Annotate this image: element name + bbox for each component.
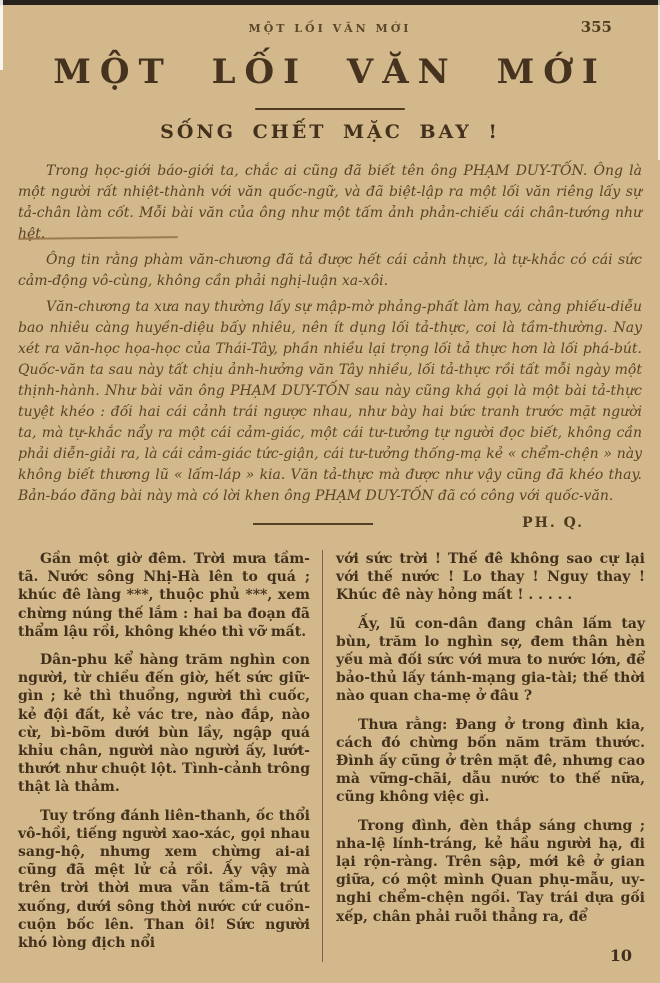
intro-paragraph-3: Văn-chương ta xưa nay thường lấy sự mập-…	[18, 297, 642, 507]
editor-introduction: Trong học-giới báo-giới ta, chắc ai cũng…	[18, 161, 642, 534]
story-paragraph: Gần một giờ đêm. Trời mưa tầm-tã. Nước s…	[18, 550, 310, 641]
scanned-page: MỘT LỐI VĂN MỚI 355 MỘT LỐI VĂN MỚI SỐNG…	[0, 0, 660, 983]
scan-top-edge-artifact	[0, 0, 660, 5]
story-paragraph: Dân-phu kể hàng trăm nghìn con người, từ…	[18, 651, 310, 797]
left-column: Gần một giờ đêm. Trời mưa tầm-tã. Nước s…	[18, 550, 322, 962]
running-head: MỘT LỐI VĂN MỚI	[0, 22, 660, 35]
top-page-number: 355	[581, 18, 612, 36]
story-columns: Gần một giờ đêm. Trời mưa tầm-tã. Nước s…	[18, 550, 645, 962]
intro-paragraph-2: Ông tin rằng phàm văn-chương đã tả được …	[18, 250, 642, 292]
title-rule	[255, 108, 405, 110]
story-paragraph: với sức trời ! Thế đê không sao cự lại v…	[336, 550, 645, 605]
section-separator-rule	[253, 523, 373, 525]
story-paragraph: Tuy trống đánh liên-thanh, ốc thổi vô-hồ…	[18, 807, 310, 953]
bottom-page-number: 10	[610, 946, 632, 965]
story-subtitle: SỐNG CHẾT MẶC BAY !	[0, 121, 660, 143]
story-paragraph: Thưa rằng: Đang ở trong đình kia, cách đ…	[336, 716, 645, 807]
story-paragraph: Ấy, lũ con-dân đang chân lấm tay bùn, tr…	[336, 615, 645, 706]
story-paragraph: Trong đình, đèn thắp sáng chưng ; nha-lệ…	[336, 817, 645, 926]
right-column: với sức trời ! Thế đê không sao cự lại v…	[322, 550, 645, 962]
intro-paragraph-1: Trong học-giới báo-giới ta, chắc ai cũng…	[18, 161, 642, 245]
article-title: MỘT LỐI VĂN MỚI	[0, 52, 660, 92]
